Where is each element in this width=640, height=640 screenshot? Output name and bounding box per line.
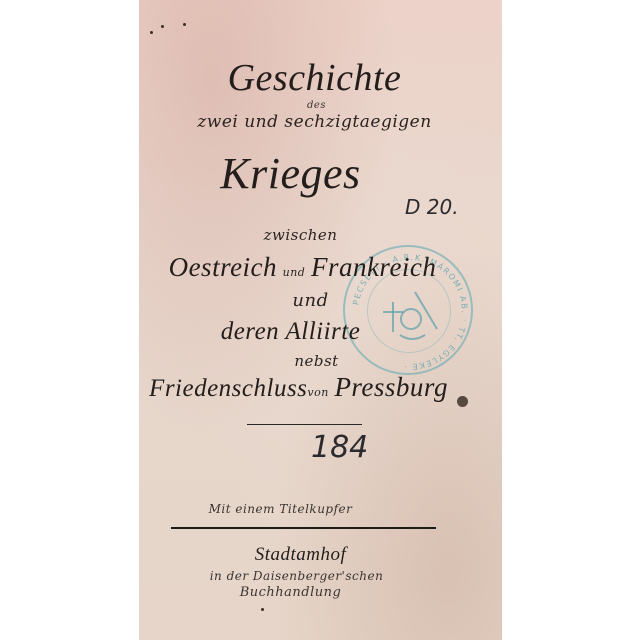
title-von: von [307, 386, 328, 399]
title-oestreich: Oestreich [169, 252, 277, 282]
title-zwischen: zwischen [119, 226, 482, 244]
title-friedenschluss-von-pressburg: Friedenschlussvon Pressburg [117, 372, 480, 403]
handwritten-shelfmark: D 20. [405, 195, 459, 219]
title-und-2: und [129, 290, 492, 311]
title-geschichte: Geschichte [133, 56, 496, 100]
thick-rule [171, 527, 436, 529]
title-friedenschluss: Friedenschluss [149, 375, 307, 402]
title-des: des [135, 100, 498, 111]
imprint-publisher-line2: Buchhandlung [109, 585, 472, 600]
title-deren-alliirte: deren Alliirte [109, 318, 472, 346]
handwritten-number: 184 [311, 430, 368, 465]
title-und-1: und [283, 266, 306, 279]
ink-speck [161, 25, 164, 28]
title-krieges: Krieges [109, 148, 472, 199]
title-pressburg: Pressburg [334, 372, 448, 402]
title-oestreich-und-frankreich: Oestreich und Frankreich [121, 252, 484, 283]
illustration-note: Mit einem Titelkupfer [99, 502, 462, 516]
ink-speck [183, 23, 186, 26]
imprint-place: Stadtamhof [119, 544, 482, 566]
imprint-publisher-line1: in der Daisenberger'schen [115, 569, 478, 583]
ink-stain [457, 396, 468, 407]
short-rule [247, 424, 362, 425]
title-nebst: nebst [135, 352, 498, 370]
title-zwei-und-sechzigtaegigen: zwei und sechzigtaegigen [133, 112, 496, 132]
title-frankreich: Frankreich [311, 252, 436, 282]
ink-speck [261, 608, 264, 611]
title-page: Geschichte des zwei und sechzigtaegigen … [139, 0, 502, 640]
ink-speck [150, 31, 153, 34]
